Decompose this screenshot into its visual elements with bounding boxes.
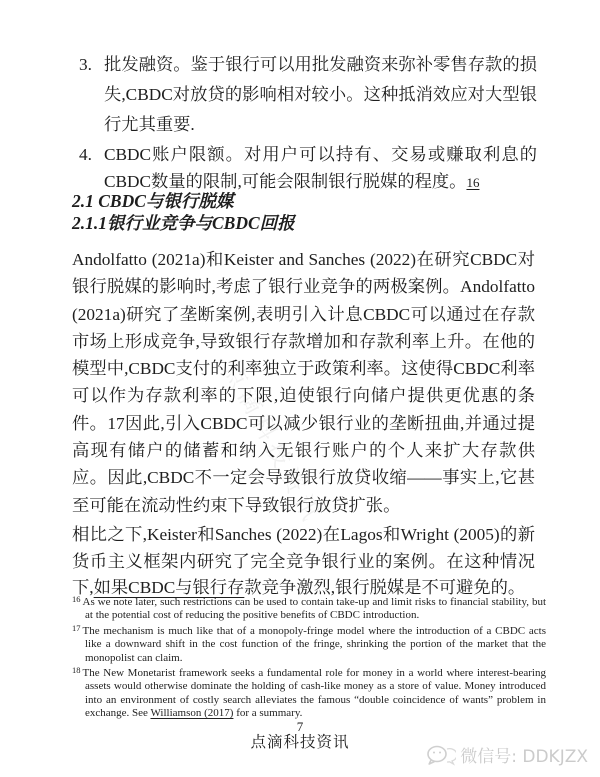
list-item-number: 4. [79, 142, 104, 196]
list-item-number: 3. [79, 50, 104, 140]
footnote: 17The mechanism is much like that of a m… [72, 625, 546, 665]
body-paragraph: 相比之下,Keister和Sanches (2022)在Lagos和Wright… [72, 522, 535, 602]
stamp-label: 微信号: DDKJZX [460, 742, 588, 767]
underlined-phrase: 如果CBDC与银行存 [94, 578, 245, 597]
footnote-marker: 18 [72, 665, 83, 675]
footnote-text: for a summary. [233, 707, 302, 719]
section-headings: 2.1 CBDC与银行脱媒 2.1.1银行业竞争与CBDC回报 [72, 191, 542, 234]
wechat-stamp-watermark: 微信号: DDKJZX [426, 742, 588, 767]
williamson-citation-link[interactable]: Williamson (2017) [150, 707, 233, 719]
footnote-marker: 17 [72, 623, 83, 633]
footnote-text: The mechanism is much like that of a mon… [83, 625, 547, 664]
footnote: 18The New Monetarist framework seeks a f… [72, 667, 546, 721]
list-item-text: CBDC账户限额。对用户可以持有、交易或赚取利息的CBDC数量的限制,可能会限制… [104, 142, 537, 196]
footnote: 16As we note later, such restrictions ca… [72, 596, 546, 623]
footnote-marker: 16 [72, 594, 83, 604]
body-paragraph: Andolfatto (2021a)和Keister and Sanches (… [72, 246, 535, 519]
subsection-heading: 2.1.1银行业竞争与CBDC回报 [72, 213, 542, 235]
paragraph-text: 款竞争激烈,银行脱媒是不可避免的。 [244, 578, 525, 597]
page-number: 7 [0, 720, 600, 734]
document-page: 点滴科技资讯 3. 批发融资。鉴于银行可以用批发融资来弥补零售存款的损失,CBD… [0, 0, 600, 777]
numbered-list: 3. 批发融资。鉴于银行可以用批发融资来弥补零售存款的损失,CBDC对放贷的影响… [79, 50, 537, 196]
list-item-text: 批发融资。鉴于银行可以用批发融资来弥补零售存款的损失,CBDC对放贷的影响相对较… [104, 50, 537, 140]
list-item: 4. CBDC账户限额。对用户可以持有、交易或赚取利息的CBDC数量的限制,可能… [79, 142, 537, 196]
list-item: 3. 批发融资。鉴于银行可以用批发融资来弥补零售存款的损失,CBDC对放贷的影响… [79, 50, 537, 140]
wechat-icon [426, 744, 456, 766]
footnotes-block: 16As we note later, such restrictions ca… [72, 596, 546, 723]
section-heading: 2.1 CBDC与银行脱媒 [72, 191, 542, 213]
footnote-text: As we note later, such restrictions can … [83, 596, 547, 621]
footnote-ref-link[interactable]: 16 [466, 175, 479, 190]
